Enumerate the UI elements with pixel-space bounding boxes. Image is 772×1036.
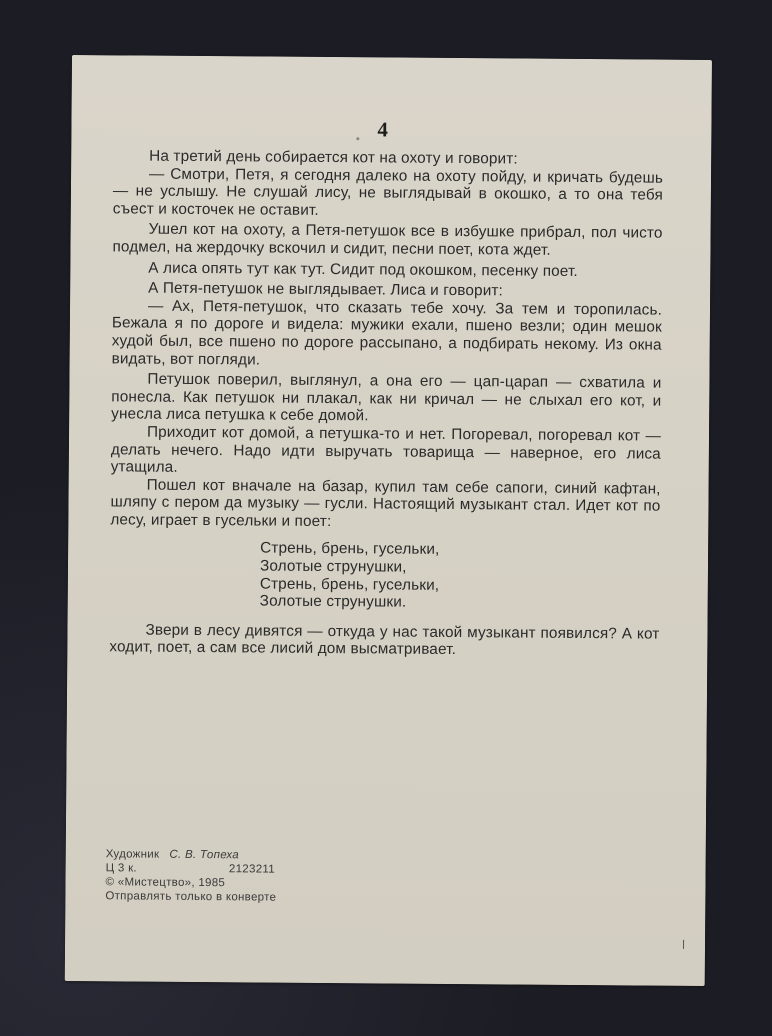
- print-mark: [683, 940, 684, 949]
- artist-name: С. В. Топеха: [169, 849, 239, 862]
- paragraph: А лиса опять тут как тут. Сидит под окош…: [112, 259, 662, 281]
- paragraph: Пошел кот вначале на базар, купил там се…: [110, 476, 660, 533]
- catalog-code: 2123211: [229, 862, 275, 876]
- paragraph: Ушел кот на охоту, а Петя-петушок все в …: [112, 221, 662, 261]
- closing-paragraph: Звери в лесу дивятся — откуда у нас тако…: [109, 621, 659, 661]
- colophon: ХудожникС. В. Топеха Ц 3 к.2123211 © «Ми…: [105, 847, 276, 904]
- song-verse: Стрень, брень, гусельки, Золотые струнуш…: [260, 540, 661, 614]
- paragraph: Приходит кот домой, а петушка-то и нет. …: [111, 423, 661, 480]
- price: Ц 3 к.: [106, 862, 137, 874]
- price-line: Ц 3 к.2123211: [106, 861, 277, 876]
- story-text: На третий день собирается кот на охоту и…: [109, 147, 663, 663]
- mailing-note: Отправлять только в конверте: [105, 889, 276, 904]
- paragraph: — Смотри, Петя, я сегодня далеко на охот…: [113, 165, 663, 222]
- page-number: 4: [377, 117, 388, 142]
- paragraph: Петушок поверил, выглянул, а она его — ц…: [111, 370, 661, 427]
- paragraph: — Ах, Петя-петушок, что сказать тебе хоч…: [112, 297, 663, 372]
- artist-label: Художник: [106, 848, 160, 860]
- paper-speck: [356, 137, 359, 140]
- verse-line: Золотые струнушки.: [260, 593, 660, 614]
- copyright: © «Мистецтво», 1985: [105, 875, 276, 890]
- artist-credit: ХудожникС. В. Топеха: [106, 847, 277, 862]
- postcard-sheet: 4 На третий день собирается кот на охоту…: [65, 55, 712, 986]
